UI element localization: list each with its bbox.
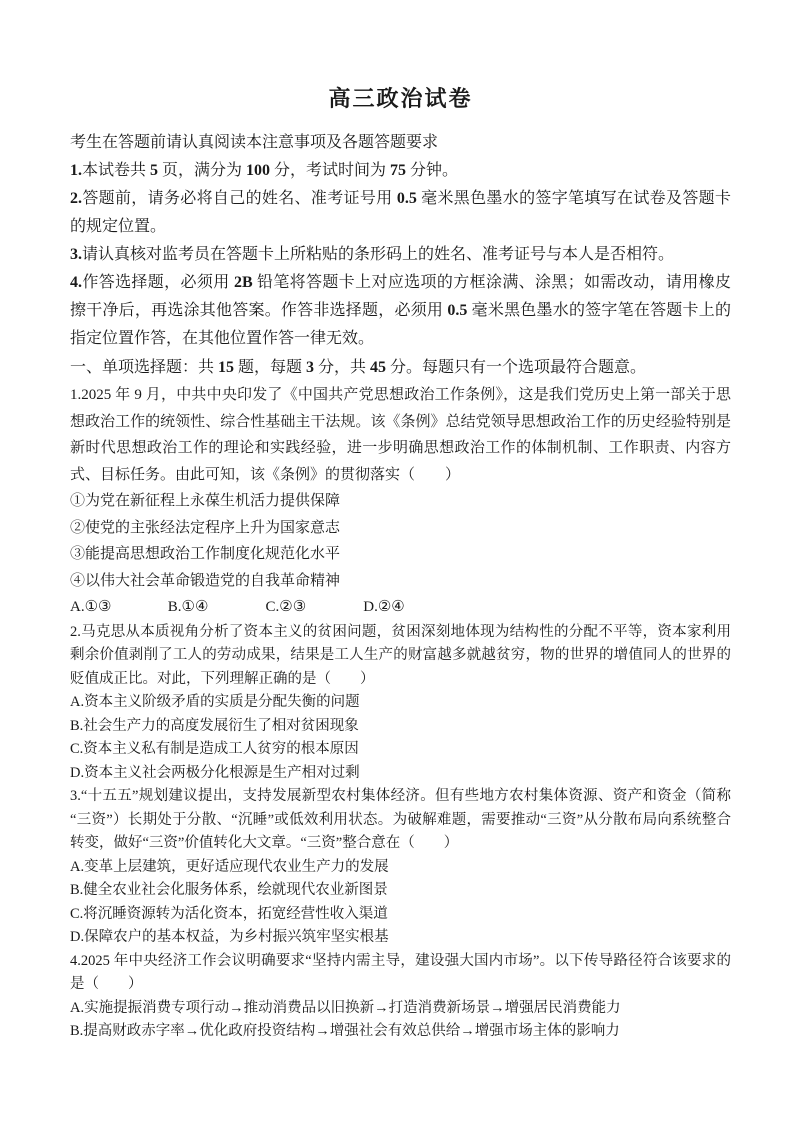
option-a: A.实施提振消费专项行动→推动消费品以旧换新→打造消费新场景→增强居民消费能力 [70, 997, 731, 1021]
question-numbered-item: ①为党在新征程上永葆生机活力提供保障 [70, 488, 731, 515]
section-heading: 一、单项选择题：共 15 题，每题 3 分，共 45 分。每题只有一个选项最符合… [70, 353, 731, 382]
question-numbered-item: ②使党的主张经法定程序上升为国家意志 [70, 515, 731, 542]
option-c: C.将沉睡资源转为活化资本，拓宽经营性收入渠道 [70, 903, 731, 927]
option-d: D.资本主义社会两极分化根源是生产相对过剩 [70, 762, 731, 786]
option-a: A.资本主义阶级矛盾的实质是分配失衡的问题 [70, 691, 731, 715]
question-2: 2.马克思从本质视角分析了资本主义的贫困问题，贫困深刻地体现为结构性的分配不平等… [70, 621, 731, 786]
option-b: B.提高财政赤字率→优化政府投资结构→增强社会有效总供给→增强市场主体的影响力 [70, 1020, 731, 1044]
question-stem: 4.2025 年中央经济工作会议明确要求“坚持内需主导，建设强大国内市场”。以下… [70, 950, 731, 997]
notice-item-4: 4.作答选择题，必须用 2B 铅笔将答题卡上对应选项的方框涂满、涂黑；如需改动，… [70, 269, 731, 353]
option-b: B.①④ [168, 594, 226, 621]
notice-header: 考生在答题前请认真阅读本注意事项及各题答题要求 [70, 129, 731, 157]
option-c: C.资本主义私有制是造成工人贫穷的根本原因 [70, 738, 731, 762]
option-b: B.健全农业社会化服务体系，绘就现代农业新图景 [70, 879, 731, 903]
question-numbered-item: ③能提高思想政治工作制度化规范化水平 [70, 541, 731, 568]
notice-item-2: 2.答题前，请务必将自己的姓名、准考证号用 0.5 毫米黑色墨水的签字笔填写在试… [70, 185, 731, 241]
exam-paper-page: 高三政治试卷 考生在答题前请认真阅读本注意事项及各题答题要求 1.本试卷共 5 … [0, 0, 793, 1122]
question-1: 1.2025 年 9 月，中共中央印发了《中国共产党思想政治工作条例》，这是我们… [70, 382, 731, 621]
notice-item-3: 3.请认真核对监考员在答题卡上所粘贴的条形码上的姓名、准考证号与本人是否相符。 [70, 241, 731, 269]
option-d: D.②④ [363, 594, 421, 621]
option-d: D.保障农户的基本权益，为乡村振兴筑牢坚实根基 [70, 926, 731, 950]
option-a: A.变革上层建筑，更好适应现代农业生产力的发展 [70, 856, 731, 880]
question-numbered-item: ④以伟大社会革命锻造党的自我革命精神 [70, 568, 731, 595]
question-4: 4.2025 年中央经济工作会议明确要求“坚持内需主导，建设强大国内市场”。以下… [70, 950, 731, 1044]
option-c: C.②③ [266, 594, 324, 621]
question-stem: 2.马克思从本质视角分析了资本主义的贫困问题，贫困深刻地体现为结构性的分配不平等… [70, 621, 731, 692]
page-title: 高三政治试卷 [70, 82, 731, 113]
question-stem: 1.2025 年 9 月，中共中央印发了《中国共产党思想政治工作条例》，这是我们… [70, 382, 731, 488]
question-stem: 3.“十五五”规划建议提出，支持发展新型农村集体经济。但有些地方农村集体资源、资… [70, 785, 731, 856]
question-3: 3.“十五五”规划建议提出，支持发展新型农村集体经济。但有些地方农村集体资源、资… [70, 785, 731, 950]
option-b: B.社会生产力的高度发展衍生了相对贫困现象 [70, 715, 731, 739]
option-a: A.①③ [70, 594, 128, 621]
notice-item-1: 1.本试卷共 5 页，满分为 100 分，考试时间为 75 分钟。 [70, 157, 731, 185]
question-options-row: A.①③ B.①④ C.②③ D.②④ [70, 594, 731, 621]
